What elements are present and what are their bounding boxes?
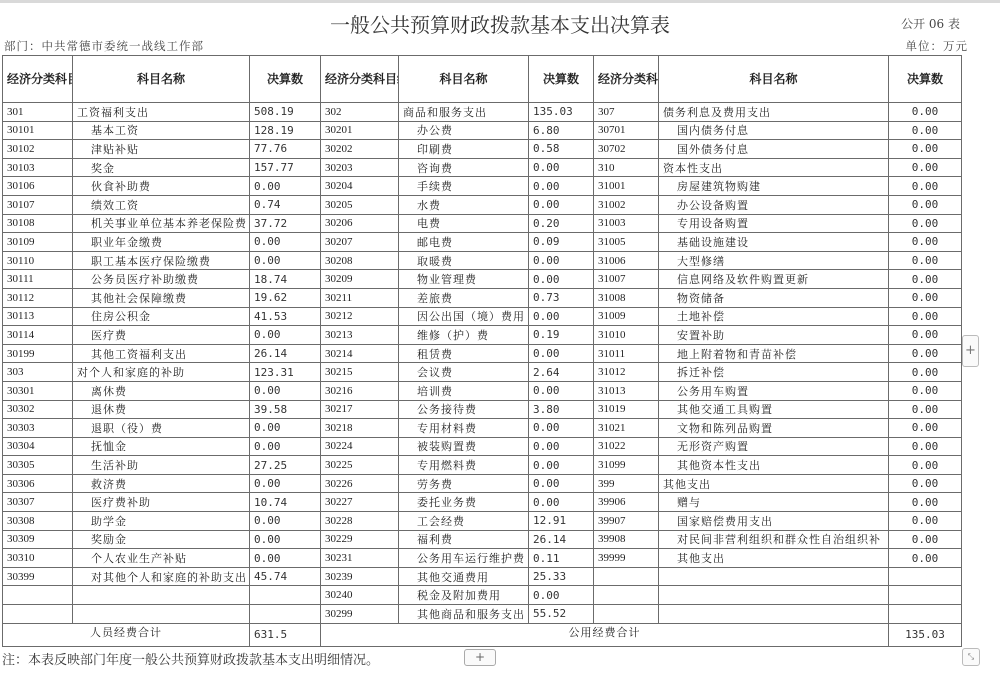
- code-cell: 30207: [321, 233, 399, 252]
- table-row: 30302退休费39.5830217公务接待费3.8031019其他交通工具购置…: [3, 400, 962, 419]
- table-row: 30310个人农业生产补贴0.0030231公务用车运行维护费0.1139999…: [3, 549, 962, 568]
- code-cell: 30101: [3, 121, 73, 140]
- amount-cell: 45.74: [250, 567, 321, 586]
- amount-cell: 0.00: [250, 437, 321, 456]
- code-cell: 307: [594, 103, 659, 122]
- amount-cell: 0.00: [889, 140, 962, 159]
- code-cell: 30201: [321, 121, 399, 140]
- table-row: 30299其他商品和服务支出55.52: [3, 605, 962, 624]
- amount-cell: 0.00: [529, 177, 594, 196]
- code-cell: 301: [3, 103, 73, 122]
- table-row: 30103奖金157.7730203咨询费0.00310资本性支出0.00: [3, 158, 962, 177]
- code-cell: [594, 586, 659, 605]
- item-name-cell: 文物和陈列品购置: [659, 419, 889, 438]
- item-name-cell: 商品和服务支出: [399, 103, 529, 122]
- amount-cell: 508.19: [250, 103, 321, 122]
- amount-cell: 157.77: [250, 158, 321, 177]
- add-column-button[interactable]: +: [962, 335, 979, 367]
- item-name-cell: 因公出国（境）费用: [399, 307, 529, 326]
- table-row: 30305生活补助27.2530225专用燃料费0.0031099其他资本性支出…: [3, 456, 962, 475]
- item-name-cell: 大型修缮: [659, 251, 889, 270]
- code-cell: 30209: [321, 270, 399, 289]
- item-name-cell: 办公设备购置: [659, 195, 889, 214]
- table-header-row: 经济分类科目编码 科目名称 决算数 经济分类科目编码 科目名称 决算数 经济分类…: [3, 56, 962, 103]
- table-row: 30199其他工资福利支出26.1430214租赁费0.0031011地上附着物…: [3, 344, 962, 363]
- amount-cell: 0.00: [889, 307, 962, 326]
- table-row: 30101基本工资128.1930201办公费6.8030701国内债务付息0.…: [3, 121, 962, 140]
- item-name-cell: 劳务费: [399, 474, 529, 493]
- code-cell: 30309: [3, 530, 73, 549]
- expenditure-table: 经济分类科目编码 科目名称 决算数 经济分类科目编码 科目名称 决算数 经济分类…: [2, 55, 962, 647]
- code-cell: [3, 586, 73, 605]
- code-cell: 30217: [321, 400, 399, 419]
- header-value-2: 决算数: [529, 56, 594, 103]
- table-row: 30102津贴补贴77.7630202印刷费0.5830702国外债务付息0.0…: [3, 140, 962, 159]
- code-cell: 30206: [321, 214, 399, 233]
- code-cell: 30205: [321, 195, 399, 214]
- table-row: 30109职业年金缴费0.0030207邮电费0.0931005基础设施建设0.…: [3, 233, 962, 252]
- table-row: 30301离休费0.0030216培训费0.0031013公务用车购置0.00: [3, 381, 962, 400]
- item-name-cell: 水费: [399, 195, 529, 214]
- code-cell: 39906: [594, 493, 659, 512]
- amount-cell: 0.00: [889, 363, 962, 382]
- table-row: 30399对其他个人和家庭的补助支出45.7430239其他交通费用25.33: [3, 567, 962, 586]
- item-name-cell: 安置补助: [659, 326, 889, 345]
- code-cell: [3, 605, 73, 624]
- amount-cell: 0.19: [529, 326, 594, 345]
- code-cell: 30102: [3, 140, 73, 159]
- code-cell: [594, 567, 659, 586]
- code-cell: 30202: [321, 140, 399, 159]
- amount-cell: 0.00: [889, 493, 962, 512]
- code-cell: 30307: [3, 493, 73, 512]
- code-cell: 30702: [594, 140, 659, 159]
- item-name-cell: 邮电费: [399, 233, 529, 252]
- amount-cell: 0.00: [889, 233, 962, 252]
- item-name-cell: 个人农业生产补贴: [73, 549, 250, 568]
- amount-cell: 0.00: [529, 586, 594, 605]
- code-cell: 30302: [3, 400, 73, 419]
- amount-cell: 0.00: [889, 437, 962, 456]
- item-name-cell: [659, 605, 889, 624]
- amount-cell: 0.00: [529, 307, 594, 326]
- item-name-cell: [73, 605, 250, 624]
- item-name-cell: 其他商品和服务支出: [399, 605, 529, 624]
- item-name-cell: [73, 586, 250, 605]
- item-name-cell: 工会经费: [399, 512, 529, 531]
- item-name-cell: 公务接待费: [399, 400, 529, 419]
- amount-cell: 0.00: [889, 121, 962, 140]
- item-name-cell: 公务用车运行维护费: [399, 549, 529, 568]
- item-name-cell: 赠与: [659, 493, 889, 512]
- item-name-cell: 取暖费: [399, 251, 529, 270]
- item-name-cell: 土地补偿: [659, 307, 889, 326]
- amount-cell: 0.00: [250, 177, 321, 196]
- code-cell: 302: [321, 103, 399, 122]
- code-cell: 31021: [594, 419, 659, 438]
- code-cell: 31009: [594, 307, 659, 326]
- item-name-cell: 被装购置费: [399, 437, 529, 456]
- table-row: 30308助学金0.0030228工会经费12.9139907国家赔偿费用支出0…: [3, 512, 962, 531]
- item-name-cell: 专用材料费: [399, 419, 529, 438]
- item-name-cell: 离休费: [73, 381, 250, 400]
- amount-cell: 19.62: [250, 288, 321, 307]
- resize-icon[interactable]: ⤡: [962, 648, 980, 666]
- table-number: 公开 06 表: [901, 15, 960, 32]
- code-cell: 30301: [3, 381, 73, 400]
- code-cell: 31006: [594, 251, 659, 270]
- code-cell: 30212: [321, 307, 399, 326]
- item-name-cell: 咨询费: [399, 158, 529, 177]
- item-name-cell: 其他工资福利支出: [73, 344, 250, 363]
- amount-cell: 0.00: [250, 549, 321, 568]
- amount-cell: 0.00: [529, 251, 594, 270]
- code-cell: 31010: [594, 326, 659, 345]
- amount-cell: 0.00: [889, 530, 962, 549]
- amount-cell: 0.11: [529, 549, 594, 568]
- item-name-cell: 资本性支出: [659, 158, 889, 177]
- amount-cell: 27.25: [250, 456, 321, 475]
- amount-cell: 6.80: [529, 121, 594, 140]
- code-cell: 30108: [3, 214, 73, 233]
- amount-cell: [889, 605, 962, 624]
- amount-cell: 55.52: [529, 605, 594, 624]
- amount-cell: 37.72: [250, 214, 321, 233]
- code-cell: 31099: [594, 456, 659, 475]
- table-row: 30110职工基本医疗保险缴费0.0030208取暖费0.0031006大型修缮…: [3, 251, 962, 270]
- header-code-3: 经济分类科目编码: [594, 56, 659, 103]
- code-cell: 30399: [3, 567, 73, 586]
- amount-cell: 0.74: [250, 195, 321, 214]
- item-name-cell: 物资储备: [659, 288, 889, 307]
- code-cell: 31022: [594, 437, 659, 456]
- amount-cell: 26.14: [529, 530, 594, 549]
- table-row: 30114医疗费0.0030213维修（护）费0.1931010安置补助0.00: [3, 326, 962, 345]
- table-row: 30107绩效工资0.7430205水费0.0031002办公设备购置0.00: [3, 195, 962, 214]
- amount-cell: 0.20: [529, 214, 594, 233]
- code-cell: 30216: [321, 381, 399, 400]
- personnel-total-label: 人员经费合计: [3, 623, 250, 646]
- code-cell: 31008: [594, 288, 659, 307]
- header-name-3: 科目名称: [659, 56, 889, 103]
- table-row: 30111公务员医疗补助缴费18.7430209物业管理费0.0031007信息…: [3, 270, 962, 289]
- item-name-cell: 委托业务费: [399, 493, 529, 512]
- code-cell: 30213: [321, 326, 399, 345]
- code-cell: 30107: [3, 195, 73, 214]
- table-row: 30240税金及附加费用0.00: [3, 586, 962, 605]
- amount-cell: 135.03: [529, 103, 594, 122]
- amount-cell: 26.14: [250, 344, 321, 363]
- amount-cell: 0.00: [250, 326, 321, 345]
- item-name-cell: 住房公积金: [73, 307, 250, 326]
- code-cell: 30229: [321, 530, 399, 549]
- header-value-3: 决算数: [889, 56, 962, 103]
- item-name-cell: 办公费: [399, 121, 529, 140]
- amount-cell: 0.00: [529, 419, 594, 438]
- amount-cell: [889, 586, 962, 605]
- amount-cell: [250, 586, 321, 605]
- item-name-cell: 差旅费: [399, 288, 529, 307]
- amount-cell: 0.00: [889, 270, 962, 289]
- code-cell: 30240: [321, 586, 399, 605]
- table-row: 30112其他社会保障缴费19.6230211差旅费0.7331008物资储备0…: [3, 288, 962, 307]
- amount-cell: 0.00: [889, 195, 962, 214]
- code-cell: 30109: [3, 233, 73, 252]
- code-cell: 30306: [3, 474, 73, 493]
- code-cell: 30110: [3, 251, 73, 270]
- item-name-cell: 印刷费: [399, 140, 529, 159]
- code-cell: 31012: [594, 363, 659, 382]
- table-row: 30306救济费0.0030226劳务费0.00399其他支出0.00: [3, 474, 962, 493]
- amount-cell: 12.91: [529, 512, 594, 531]
- amount-cell: 0.00: [529, 344, 594, 363]
- code-cell: 30215: [321, 363, 399, 382]
- amount-cell: 0.73: [529, 288, 594, 307]
- code-cell: 310: [594, 158, 659, 177]
- code-cell: 30111: [3, 270, 73, 289]
- item-name-cell: 专用设备购置: [659, 214, 889, 233]
- amount-cell: 0.00: [250, 419, 321, 438]
- item-name-cell: 地上附着物和青苗补偿: [659, 344, 889, 363]
- item-name-cell: 基础设施建设: [659, 233, 889, 252]
- amount-cell: [889, 567, 962, 586]
- code-cell: 30113: [3, 307, 73, 326]
- code-cell: 30231: [321, 549, 399, 568]
- header-name-2: 科目名称: [399, 56, 529, 103]
- amount-cell: 41.53: [250, 307, 321, 326]
- item-name-cell: 培训费: [399, 381, 529, 400]
- code-cell: 30214: [321, 344, 399, 363]
- amount-cell: 0.00: [250, 233, 321, 252]
- amount-cell: 10.74: [250, 493, 321, 512]
- header-code-2: 经济分类科目编码: [321, 56, 399, 103]
- code-cell: 31019: [594, 400, 659, 419]
- table-row: 30304抚恤金0.0030224被装购置费0.0031022无形资产购置0.0…: [3, 437, 962, 456]
- item-name-cell: [659, 567, 889, 586]
- code-cell: 30204: [321, 177, 399, 196]
- item-name-cell: 机关事业单位基本养老保险费: [73, 214, 250, 233]
- table-row: 30307医疗费补助10.7430227委托业务费0.0039906赠与0.00: [3, 493, 962, 512]
- code-cell: 30305: [3, 456, 73, 475]
- code-cell: 39907: [594, 512, 659, 531]
- table-row: 303对个人和家庭的补助123.3130215会议费2.6431012拆迁补偿0…: [3, 363, 962, 382]
- item-name-cell: 其他交通工具购置: [659, 400, 889, 419]
- item-name-cell: 手续费: [399, 177, 529, 196]
- item-name-cell: 税金及附加费用: [399, 586, 529, 605]
- item-name-cell: 工资福利支出: [73, 103, 250, 122]
- amount-cell: 0.00: [889, 419, 962, 438]
- code-cell: 30226: [321, 474, 399, 493]
- amount-cell: 0.00: [889, 512, 962, 531]
- amount-cell: 0.00: [529, 493, 594, 512]
- amount-cell: 18.74: [250, 270, 321, 289]
- item-name-cell: 医疗费补助: [73, 493, 250, 512]
- code-cell: 31003: [594, 214, 659, 233]
- code-cell: 30224: [321, 437, 399, 456]
- amount-cell: 0.00: [889, 103, 962, 122]
- amount-cell: 0.00: [250, 530, 321, 549]
- amount-cell: 0.00: [529, 381, 594, 400]
- item-name-cell: 对其他个人和家庭的补助支出: [73, 567, 250, 586]
- amount-cell: 77.76: [250, 140, 321, 159]
- amount-cell: 0.00: [889, 474, 962, 493]
- item-name-cell: 租赁费: [399, 344, 529, 363]
- amount-cell: 0.00: [529, 158, 594, 177]
- department-label: 部门：中共常德市委统一战线工作部: [4, 38, 204, 54]
- table-row: 301工资福利支出508.19302商品和服务支出135.03307债务利息及费…: [3, 103, 962, 122]
- code-cell: 31005: [594, 233, 659, 252]
- header-code-1: 经济分类科目编码: [3, 56, 73, 103]
- code-cell: 30112: [3, 288, 73, 307]
- item-name-cell: 维修（护）费: [399, 326, 529, 345]
- amount-cell: 39.58: [250, 400, 321, 419]
- item-name-cell: 助学金: [73, 512, 250, 531]
- item-name-cell: 职业年金缴费: [73, 233, 250, 252]
- item-name-cell: 伙食补助费: [73, 177, 250, 196]
- table-row: 30106伙食补助费0.0030204手续费0.0031001房屋建筑物购建0.…: [3, 177, 962, 196]
- item-name-cell: 对个人和家庭的补助: [73, 363, 250, 382]
- code-cell: 30310: [3, 549, 73, 568]
- code-cell: [594, 605, 659, 624]
- code-cell: 30239: [321, 567, 399, 586]
- amount-cell: 0.00: [889, 456, 962, 475]
- item-name-cell: 福利费: [399, 530, 529, 549]
- item-name-cell: 退休费: [73, 400, 250, 419]
- table-row: 30309奖励金0.0030229福利费26.1439908对民间非营利组织和群…: [3, 530, 962, 549]
- code-cell: 30208: [321, 251, 399, 270]
- amount-cell: 0.00: [889, 288, 962, 307]
- header-value-1: 决算数: [250, 56, 321, 103]
- item-name-cell: 退职（役）费: [73, 419, 250, 438]
- item-name-cell: 奖金: [73, 158, 250, 177]
- item-name-cell: 会议费: [399, 363, 529, 382]
- amount-cell: 0.00: [250, 512, 321, 531]
- personnel-total-value: 631.5: [250, 623, 321, 646]
- code-cell: 30228: [321, 512, 399, 531]
- item-name-cell: 基本工资: [73, 121, 250, 140]
- item-name-cell: 其他社会保障缴费: [73, 288, 250, 307]
- amount-cell: 0.00: [889, 214, 962, 233]
- add-row-button[interactable]: +: [464, 649, 496, 666]
- amount-cell: 128.19: [250, 121, 321, 140]
- code-cell: 30303: [3, 419, 73, 438]
- code-cell: 39999: [594, 549, 659, 568]
- code-cell: 30218: [321, 419, 399, 438]
- amount-cell: 0.00: [889, 251, 962, 270]
- amount-cell: 0.00: [250, 474, 321, 493]
- code-cell: 30701: [594, 121, 659, 140]
- item-name-cell: 其他支出: [659, 549, 889, 568]
- item-name-cell: 房屋建筑物购建: [659, 177, 889, 196]
- item-name-cell: 国外债务付息: [659, 140, 889, 159]
- amount-cell: 0.00: [889, 381, 962, 400]
- footnote: 注：本表反映部门年度一般公共预算财政拨款基本支出明细情况。: [2, 649, 379, 668]
- item-name-cell: 电费: [399, 214, 529, 233]
- item-name-cell: 公务员医疗补助缴费: [73, 270, 250, 289]
- amount-cell: 0.00: [529, 456, 594, 475]
- amount-cell: 0.00: [529, 474, 594, 493]
- item-name-cell: 债务利息及费用支出: [659, 103, 889, 122]
- top-border: [0, 0, 1000, 3]
- amount-cell: 0.00: [889, 158, 962, 177]
- code-cell: 30211: [321, 288, 399, 307]
- amount-cell: 25.33: [529, 567, 594, 586]
- amount-cell: 0.00: [529, 195, 594, 214]
- item-name-cell: 抚恤金: [73, 437, 250, 456]
- amount-cell: 0.00: [529, 270, 594, 289]
- amount-cell: 0.58: [529, 140, 594, 159]
- item-name-cell: 其他支出: [659, 474, 889, 493]
- code-cell: 31001: [594, 177, 659, 196]
- code-cell: 30299: [321, 605, 399, 624]
- public-total-label: 公用经费合计: [321, 623, 889, 646]
- item-name-cell: 津贴补贴: [73, 140, 250, 159]
- amount-cell: 0.00: [889, 549, 962, 568]
- amount-cell: 123.31: [250, 363, 321, 382]
- code-cell: 30106: [3, 177, 73, 196]
- table-row: 30303退职（役）费0.0030218专用材料费0.0031021文物和陈列品…: [3, 419, 962, 438]
- code-cell: 31011: [594, 344, 659, 363]
- code-cell: 31013: [594, 381, 659, 400]
- amount-cell: 0.00: [889, 177, 962, 196]
- item-name-cell: 绩效工资: [73, 195, 250, 214]
- public-total-value: 135.03: [889, 623, 962, 646]
- item-name-cell: 专用燃料费: [399, 456, 529, 475]
- amount-cell: 0.00: [529, 437, 594, 456]
- table-row: 30108机关事业单位基本养老保险费37.7230206电费0.2031003专…: [3, 214, 962, 233]
- item-name-cell: 信息网络及软件购置更新: [659, 270, 889, 289]
- item-name-cell: 拆迁补偿: [659, 363, 889, 382]
- code-cell: 30203: [321, 158, 399, 177]
- item-name-cell: 物业管理费: [399, 270, 529, 289]
- table-row: 30113住房公积金41.5330212因公出国（境）费用0.0031009土地…: [3, 307, 962, 326]
- item-name-cell: 其他资本性支出: [659, 456, 889, 475]
- code-cell: 303: [3, 363, 73, 382]
- item-name-cell: 公务用车购置: [659, 381, 889, 400]
- code-cell: 30308: [3, 512, 73, 531]
- amount-cell: 3.80: [529, 400, 594, 419]
- item-name-cell: 无形资产购置: [659, 437, 889, 456]
- code-cell: 31002: [594, 195, 659, 214]
- amount-cell: 0.00: [889, 326, 962, 345]
- code-cell: 399: [594, 474, 659, 493]
- amount-cell: [250, 605, 321, 624]
- item-name-cell: 其他交通费用: [399, 567, 529, 586]
- code-cell: 30199: [3, 344, 73, 363]
- amount-cell: 0.00: [889, 344, 962, 363]
- item-name-cell: 国家赔偿费用支出: [659, 512, 889, 531]
- code-cell: 30227: [321, 493, 399, 512]
- amount-cell: 0.00: [250, 251, 321, 270]
- page-title: 一般公共预算财政拨款基本支出决算表: [0, 9, 1000, 38]
- item-name-cell: 职工基本医疗保险缴费: [73, 251, 250, 270]
- amount-cell: 0.00: [250, 381, 321, 400]
- code-cell: 30225: [321, 456, 399, 475]
- item-name-cell: 国内债务付息: [659, 121, 889, 140]
- item-name-cell: 对民间非营利组织和群众性自治组织补: [659, 530, 889, 549]
- item-name-cell: 奖励金: [73, 530, 250, 549]
- item-name-cell: 救济费: [73, 474, 250, 493]
- item-name-cell: [659, 586, 889, 605]
- amount-cell: 2.64: [529, 363, 594, 382]
- code-cell: 30103: [3, 158, 73, 177]
- item-name-cell: 生活补助: [73, 456, 250, 475]
- amount-cell: 0.09: [529, 233, 594, 252]
- unit-label: 单位：万元: [906, 38, 969, 54]
- code-cell: 31007: [594, 270, 659, 289]
- code-cell: 30304: [3, 437, 73, 456]
- header-name-1: 科目名称: [73, 56, 250, 103]
